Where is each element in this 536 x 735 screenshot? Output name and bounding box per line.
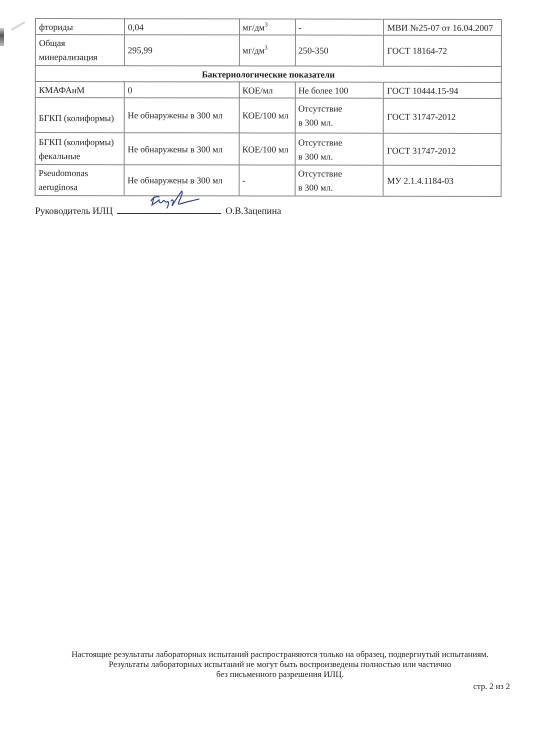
scan-mark-artifact	[11, 21, 26, 31]
section-header-row: Бактериологические показатели	[35, 66, 501, 83]
signer-name: О.В.Зацепина	[225, 207, 281, 217]
result-value: Не обнаружены в 300 мл	[124, 98, 239, 133]
results-table: фториды 0,04 мг/дм3 - МВИ №25-07 от 16.0…	[35, 18, 502, 197]
table-row: БГКП (колиформы) Не обнаружены в 300 мл …	[35, 98, 501, 134]
norm: Не более 100	[295, 82, 384, 98]
method: ГОСТ 31747-2012	[384, 133, 502, 165]
method: ГОСТ 31747-2012	[384, 98, 502, 133]
indicator-name: БГКП (колиформы)фекальные	[35, 133, 124, 165]
norm: Отсутствиев 300 мл.	[295, 98, 384, 133]
signer-role: Руководитель ИЛЦ	[35, 207, 113, 217]
result-value: 295,99	[124, 35, 239, 66]
unit: КОЕ/100 мл	[239, 98, 295, 133]
handwritten-signature-icon	[147, 189, 207, 211]
signature-block: Руководитель ИЛЦ О.В.Зацепина	[35, 203, 281, 217]
method: МУ 2.1.4.1184-03	[383, 165, 501, 196]
method: ГОСТ 10444.15-94	[384, 82, 502, 98]
unit: -	[239, 165, 295, 196]
indicator-name: фториды	[35, 19, 124, 35]
norm: Отсутствиев 300 мл.	[295, 165, 384, 196]
norm: Отсутствиев 300 мл.	[295, 133, 384, 165]
method: ГОСТ 18164-72	[384, 35, 502, 66]
method: МВИ №25-07 от 16.04.2007	[384, 19, 502, 35]
disclaimer-line: без письменного разрешения ИЛЦ.	[40, 669, 520, 679]
result-value: 0,04	[124, 19, 239, 35]
unit: КОЕ/мл	[239, 82, 295, 98]
page-number: стр. 2 из 2	[473, 681, 510, 691]
unit: мг/дм3	[239, 19, 295, 35]
indicator-name: БГКП (колиформы)	[35, 98, 124, 133]
section-title: Бактериологические показатели	[35, 66, 501, 83]
norm: -	[295, 19, 384, 35]
scan-edge-artifact	[0, 28, 4, 46]
result-value: Не обнаружены в 300 мл	[124, 133, 239, 165]
norm: 250-350	[295, 35, 384, 66]
table-row: фториды 0,04 мг/дм3 - МВИ №25-07 от 16.0…	[35, 19, 501, 36]
result-value: 0	[124, 82, 239, 98]
indicator-name: Общаяминерализация	[35, 35, 124, 66]
disclaimer-line: Результаты лабораторных испытаний не мог…	[40, 659, 520, 669]
disclaimer-line: Настоящие результаты лабораторных испыта…	[40, 649, 520, 659]
disclaimer-footer: Настоящие результаты лабораторных испыта…	[40, 649, 520, 679]
table-row: КМАФАнМ 0 КОЕ/мл Не более 100 ГОСТ 10444…	[35, 82, 501, 99]
table-row: БГКП (колиформы)фекальные Не обнаружены …	[35, 133, 501, 166]
table-row: Общаяминерализация 295,99 мг/дм3 250-350…	[35, 35, 501, 67]
unit: КОЕ/100 мл	[239, 133, 295, 165]
table-row: Pseudomonasaeruginosa Не обнаружены в 30…	[35, 165, 501, 197]
indicator-name: Pseudomonasaeruginosa	[35, 165, 124, 196]
indicator-name: КМАФАнМ	[35, 82, 124, 98]
unit: мг/дм3	[239, 35, 295, 66]
